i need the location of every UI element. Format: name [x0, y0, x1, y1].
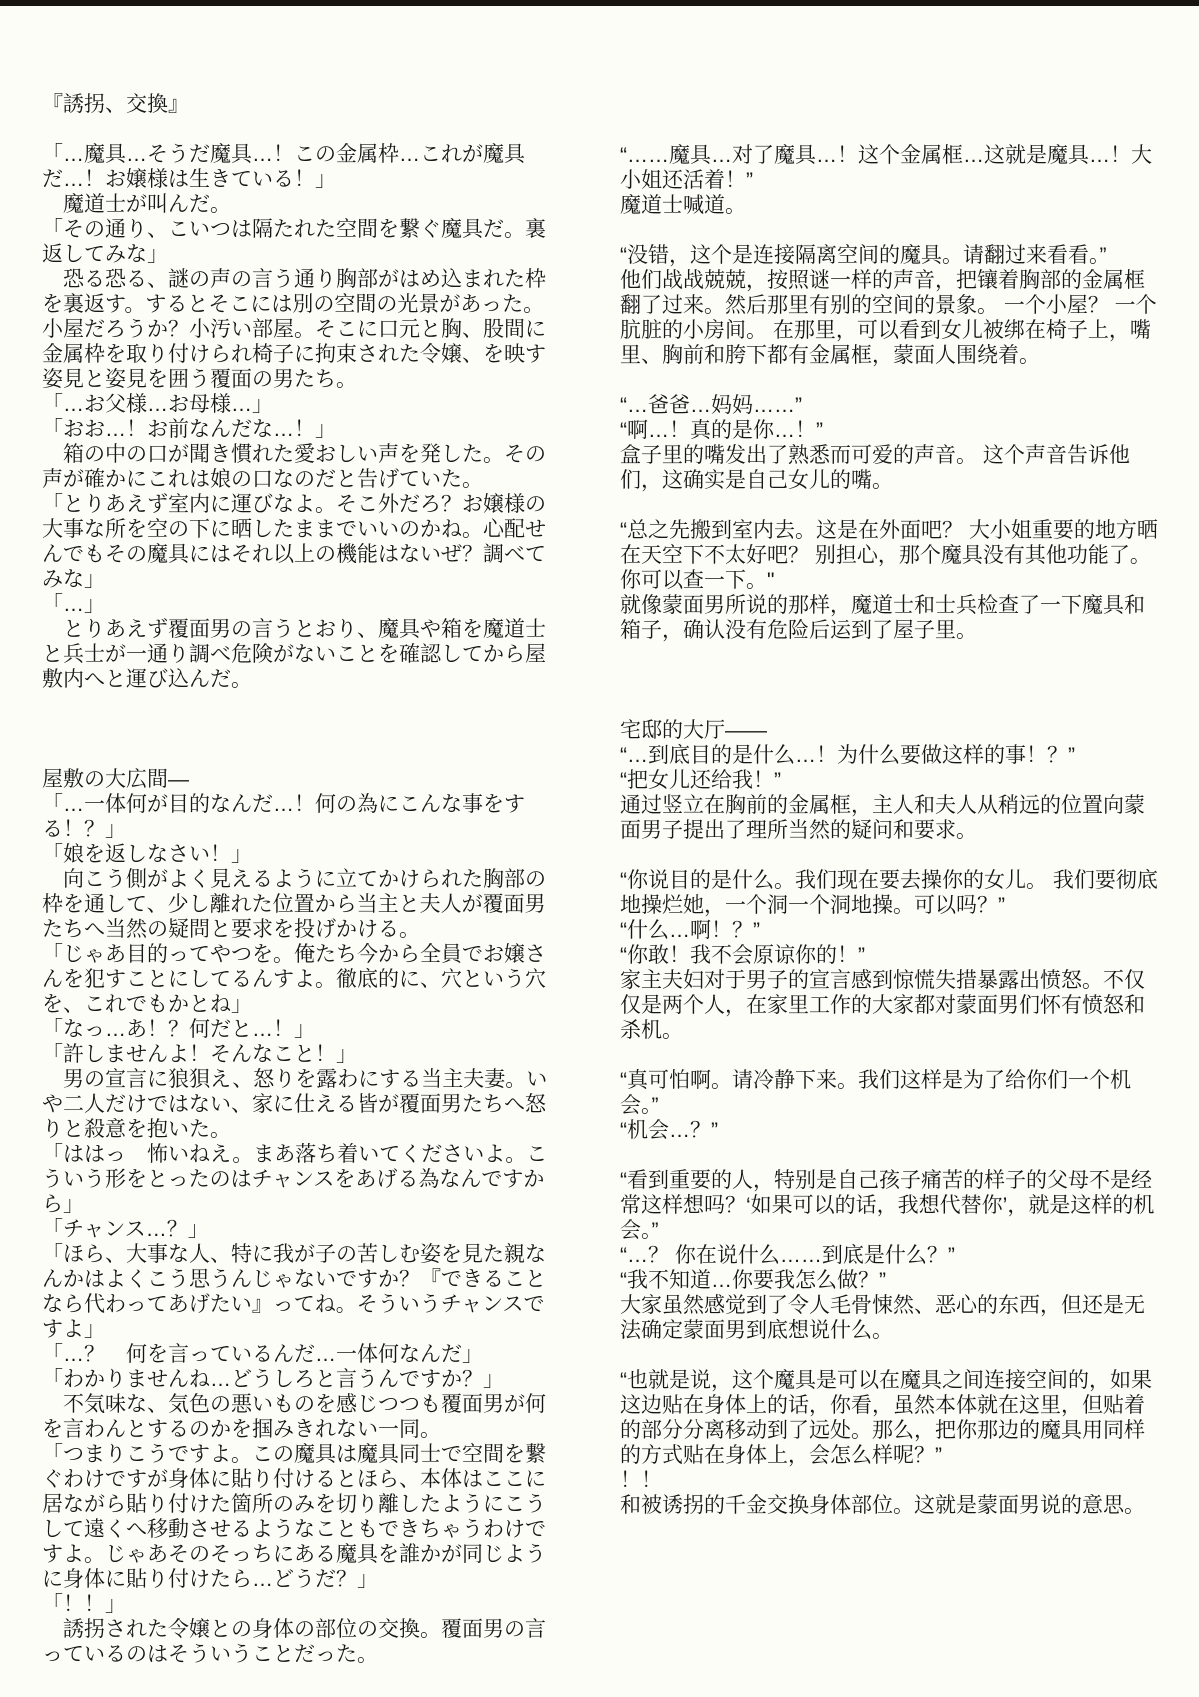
text-line: “……魔具…对了魔具…！这个金属框…这就是魔具…！大小姐还活着！”	[620, 143, 1162, 193]
japanese-column: 『誘拐、交換』 「…魔具…そうだ魔具…！この金属枠…これが魔具だ…！お嬢様は生き…	[42, 92, 563, 1667]
text-line: “把女儿还给我！”	[620, 768, 1162, 793]
text-line: 宅邸的大厅——	[620, 718, 1162, 743]
text-line: “总之先搬到室内去。这是在外面吧？ 大小姐重要的地方晒在天空下不太好吧？ 别担心…	[620, 518, 1162, 593]
text-line: 家主夫妇对于男子的宣言感到惊慌失措暴露出愤怒。不仅仅是两个人，在家里工作的大家都…	[620, 968, 1162, 1043]
text-line: 他们战战兢兢，按照谜一样的声音，把镶着胸部的金属框翻了过来。然后那里有别的空间的…	[620, 268, 1162, 368]
chinese-text-block: “……魔具…对了魔具…！这个金属框…这就是魔具…！大小姐还活着！”魔道士喊道。 …	[620, 143, 1162, 1518]
text-line: 男の宣言に狼狽え、怒りを露わにする当主夫妻。いや二人だけではない、家に仕える皆が…	[42, 1067, 563, 1142]
text-line: “没错，这个是连接隔离空间的魔具。请翻过来看看。”	[620, 243, 1162, 268]
text-line: 魔道士が叫んだ。	[42, 192, 563, 217]
blank-line	[620, 1343, 1162, 1368]
text-line: 魔道士喊道。	[620, 193, 1162, 218]
text-line: とりあえず覆面男の言うとおり、魔具や箱を魔道士と兵士が一通り調べ危険がないことを…	[42, 617, 563, 692]
text-line: 和被诱拐的千金交换身体部位。这就是蒙面男说的意思。	[620, 1493, 1162, 1518]
text-line: “啊…！真的是你…！”	[620, 418, 1162, 443]
text-line: ！！	[620, 1468, 1162, 1493]
blank-line	[620, 643, 1162, 668]
text-line: 向こう側がよく見えるように立てかけられた胸部の枠を通して、少し離れた位置から当主…	[42, 867, 563, 942]
text-line: “机会…？”	[620, 1118, 1162, 1143]
text-line: 屋敷の大広間—	[42, 767, 563, 792]
text-line: “什么…啊！？”	[620, 918, 1162, 943]
text-line: 「おお…！お前なんだな…！」	[42, 417, 563, 442]
blank-line	[620, 693, 1162, 718]
text-line: “你说目的是什么。我们现在要去操你的女儿。 我们要彻底地操烂她，一个洞一个洞地操…	[620, 868, 1162, 918]
text-line: 盒子里的嘴发出了熟悉而可爱的声音。 这个声音告诉他们，这确实是自己女儿的嘴。	[620, 443, 1162, 493]
text-line: “也就是说，这个魔具是可以在魔具之间连接空间的，如果这边贴在身体上的话，你看，虽…	[620, 1368, 1162, 1468]
blank-line	[620, 668, 1162, 693]
text-line: “…爸爸…妈妈……”	[620, 393, 1162, 418]
text-line: 「…？ 何を言っているんだ…一体何なんだ」	[42, 1342, 563, 1367]
text-line: “…到底目的是什么…！为什么要做这样的事！？”	[620, 743, 1162, 768]
blank-line	[42, 717, 563, 742]
text-line: 就像蒙面男所说的那样，魔道士和士兵检查了一下魔具和箱子，确认没有危险后运到了屋子…	[620, 593, 1162, 643]
blank-line	[620, 1143, 1162, 1168]
blank-line	[42, 742, 563, 767]
blank-line	[620, 493, 1162, 518]
blank-line	[620, 1043, 1162, 1068]
text-line: 恐る恐る、謎の声の言う通り胸部がはめ込まれた枠を裏返す。するとそこには別の空間の…	[42, 267, 563, 392]
text-line: 大家虽然感觉到了令人毛骨悚然、恶心的东西，但还是无法确定蒙面男到底想说什么。	[620, 1293, 1162, 1343]
text-line: “…？ 你在说什么……到底是什么？”	[620, 1243, 1162, 1268]
text-line: “看到重要的人，特别是自己孩子痛苦的样子的父母不是经常这样想吗？‘如果可以的话，…	[620, 1168, 1162, 1243]
text-line: 「チャンス…？」	[42, 1217, 563, 1242]
text-line: 「つまりこうですよ。この魔具は魔具同士で空間を繋ぐわけですが身体に貼り付けるとほ…	[42, 1442, 563, 1592]
text-line: 「ははっ 怖いねえ。まあ落ち着いてくださいよ。こういう形をとったのはチャンスをあ…	[42, 1142, 563, 1217]
text-line: 「わかりませんね…どうしろと言うんですか？」	[42, 1367, 563, 1392]
text-line: 「ほら、大事な人、特に我が子の苦しむ姿を見た親なんかはよくこう思うんじゃないです…	[42, 1242, 563, 1342]
document-page: 『誘拐、交換』 「…魔具…そうだ魔具…！この金属枠…これが魔具だ…！お嬢様は生き…	[0, 0, 1199, 1697]
text-line: 「その通り、こいつは隔たれた空間を繋ぐ魔具だ。裏返してみな」	[42, 217, 563, 267]
text-line: 「…魔具…そうだ魔具…！この金属枠…これが魔具だ…！お嬢様は生きている！」	[42, 142, 563, 192]
chinese-column: “……魔具…对了魔具…！这个金属框…这就是魔具…！大小姐还活着！”魔道士喊道。 …	[620, 143, 1162, 1518]
text-line: 通过竖立在胸前的金属框，主人和夫人从稍远的位置向蒙面男子提出了理所当然的疑问和要…	[620, 793, 1162, 843]
text-line: 「…お父様…お母様…」	[42, 392, 563, 417]
text-line: 「娘を返しなさい！」	[42, 842, 563, 867]
blank-line	[620, 218, 1162, 243]
top-black-bar	[0, 0, 1199, 6]
text-line: 「…一体何が目的なんだ…！何の為にこんな事をする！？」	[42, 792, 563, 842]
text-line: 誘拐された令嬢との身体の部位の交換。覆面男の言っているのはそういうことだった。	[42, 1617, 563, 1667]
text-line: 「とりあえず室内に運びなよ。そこ外だろ？お嬢様の大事な所を空の下に晒したままでい…	[42, 492, 563, 592]
text-line: 「なっ…あ！？何だと…！」	[42, 1017, 563, 1042]
blank-line	[42, 692, 563, 717]
text-line: 「じゃあ目的ってやつを。俺たち今から全員でお嬢さんを犯すことにしてるんすよ。徹底…	[42, 942, 563, 1017]
text-line: 箱の中の口が聞き慣れた愛おしい声を発した。その声が確かにこれは娘の口なのだと告げ…	[42, 442, 563, 492]
text-line: 「！！」	[42, 1592, 563, 1617]
text-line: “真可怕啊。请冷静下来。我们这样是为了给你们一个机会。”	[620, 1068, 1162, 1118]
text-line: “你敢！我不会原谅你的！”	[620, 943, 1162, 968]
blank-line	[620, 843, 1162, 868]
text-line: 「許しませんよ！そんなこと！」	[42, 1042, 563, 1067]
text-line: 「…」	[42, 592, 563, 617]
text-line: 不気味な、気色の悪いものを感じつつも覆面男が何を言わんとするのかを掴みきれない一…	[42, 1392, 563, 1442]
blank-line	[620, 368, 1162, 393]
japanese-text-block: 「…魔具…そうだ魔具…！この金属枠…これが魔具だ…！お嬢様は生きている！」 魔道…	[42, 142, 563, 1667]
story-title: 『誘拐、交換』	[42, 92, 563, 117]
text-line: “我不知道…你要我怎么做？”	[620, 1268, 1162, 1293]
